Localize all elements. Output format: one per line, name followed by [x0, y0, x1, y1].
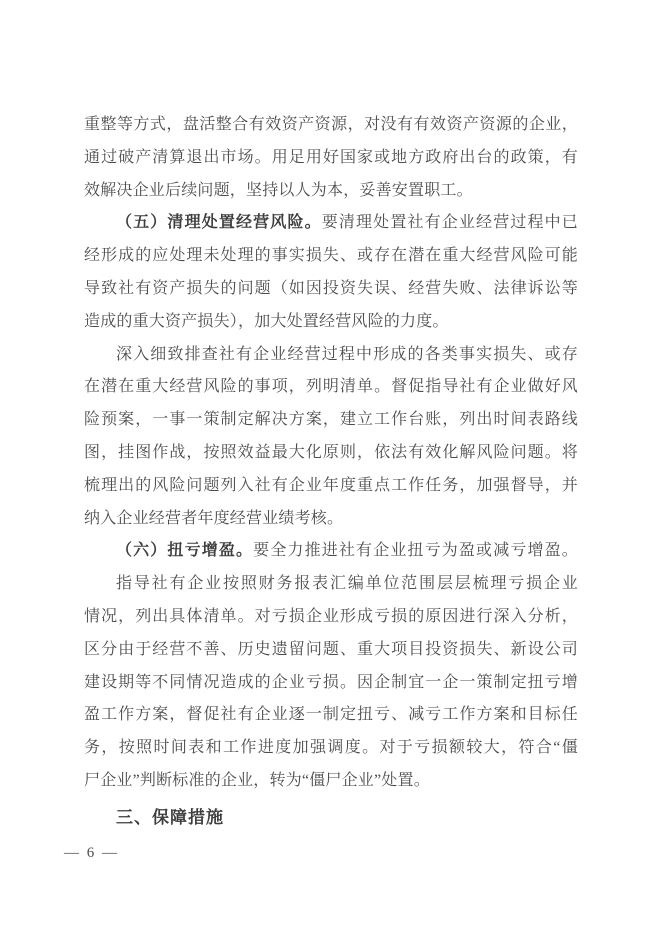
text-line: 重整等方式，盘活整合有效资产资源，对没有有效资产资源的企业，: [84, 109, 578, 142]
text-line: 导致社有资产损失的问题（如因投资失误、经营失败、法律诉讼等: [84, 273, 578, 306]
text-line: 务，按照时间表和工作进度加强调度。对于亏损额较大，符合“僵: [84, 732, 578, 765]
text-segment: 建设期等不同情况造成的企业亏损。因企制宜一企一策制定扭亏增: [84, 674, 578, 691]
text-segment: 导致社有资产损失的问题（如因投资失误、经营失败、法律诉讼等: [84, 280, 578, 297]
text-line: 区分由于经营不善、历史遗留问题、重大项目投资损失、新设公司: [84, 634, 578, 667]
document-page: 重整等方式，盘活整合有效资产资源，对没有有效资产资源的企业，通过破产清算退出市场…: [0, 0, 662, 936]
text-line: 盈工作方案，督促社有企业逐一制定扭亏、减亏工作方案和目标任: [84, 699, 578, 732]
text-line: （五）清理处置经营风险。要清理处置社有企业经营过程中已: [84, 207, 578, 240]
text-segment: 险预案，一事一策制定解决方案，建立工作台账，列出时间表路线: [84, 411, 578, 428]
text-segment: 情况，列出具体清单。对亏损企业形成亏损的原因进行深入分析，: [84, 608, 578, 625]
text-segment: 纳入企业经营者年度经营业绩考核。: [84, 510, 343, 527]
text-line: 图，挂图作战，按照效益最大化原则，依法有效化解风险问题。将: [84, 437, 578, 470]
text-segment: 造成的重大资产损失），加大处置经营风险的力度。: [84, 313, 449, 330]
text-line: 指导社有企业按照财务报表汇编单位范围层层梳理亏损企业: [84, 568, 578, 601]
text-line: 建设期等不同情况造成的企业亏损。因企制宜一企一策制定扭亏增: [84, 667, 578, 700]
text-segment-bold: （六）扭亏增盈。: [116, 542, 253, 559]
text-line: （六）扭亏增盈。要全力推进社有企业扭亏为盈或减亏增盈。: [84, 535, 578, 568]
page-number: — 6 —: [64, 845, 119, 862]
document-text-block: 重整等方式，盘活整合有效资产资源，对没有有效资产资源的企业，通过破产清算退出市场…: [84, 109, 578, 835]
text-segment-bold: （五）清理处置经营风险。: [116, 214, 322, 231]
text-line: 造成的重大资产损失），加大处置经营风险的力度。: [84, 306, 578, 339]
text-segment: 要全力推进社有企业扭亏为盈或减亏增盈。: [253, 542, 578, 559]
text-segment-bold: 三、保障措施: [116, 808, 224, 827]
text-line: 情况，列出具体清单。对亏损企业形成亏损的原因进行深入分析，: [84, 601, 578, 634]
text-segment: 图，挂图作战，按照效益最大化原则，依法有效化解风险问题。将: [84, 444, 578, 461]
section-heading: 三、保障措施: [84, 802, 578, 835]
text-segment: 指导社有企业按照财务报表汇编单位范围层层梳理亏损企业: [116, 575, 578, 592]
text-line: 尸企业”判断标准的企业，转为“僵尸企业”处置。: [84, 765, 578, 798]
text-segment: 要清理处置社有企业经营过程中已: [322, 214, 578, 231]
text-segment: 经形成的应处理未处理的事实损失、或存在潜在重大经营风险可能: [84, 247, 578, 264]
text-line: 在潜在重大经营风险的事项，列明清单。督促指导社有企业做好风: [84, 371, 578, 404]
text-segment: 区分由于经营不善、历史遗留问题、重大项目投资损失、新设公司: [84, 641, 578, 658]
text-line: 险预案，一事一策制定解决方案，建立工作台账，列出时间表路线: [84, 404, 578, 437]
text-segment: 梳理出的风险问题列入社有企业年度重点工作任务，加强督导，并: [84, 477, 578, 494]
text-line: 效解决企业后续问题，坚持以人为本，妥善安置职工。: [84, 175, 578, 208]
text-segment: 重整等方式，盘活整合有效资产资源，对没有有效资产资源的企业，: [84, 116, 578, 133]
text-segment: 效解决企业后续问题，坚持以人为本，妥善安置职工。: [84, 182, 473, 199]
text-line: 深入细致排查社有企业经营过程中形成的各类事实损失、或存: [84, 339, 578, 372]
text-segment: 通过破产清算退出市场。用足用好国家或地方政府出台的政策，有: [84, 149, 578, 166]
text-segment: 盈工作方案，督促社有企业逐一制定扭亏、减亏工作方案和目标任: [84, 706, 578, 723]
text-segment: 尸企业”判断标准的企业，转为“僵尸企业”处置。: [84, 772, 430, 789]
text-segment: 深入细致排查社有企业经营过程中形成的各类事实损失、或存: [116, 346, 578, 363]
text-segment: 在潜在重大经营风险的事项，列明清单。督促指导社有企业做好风: [84, 378, 578, 395]
text-line: 通过破产清算退出市场。用足用好国家或地方政府出台的政策，有: [84, 142, 578, 175]
text-line: 梳理出的风险问题列入社有企业年度重点工作任务，加强督导，并: [84, 470, 578, 503]
text-line: 纳入企业经营者年度经营业绩考核。: [84, 503, 578, 536]
text-segment: 务，按照时间表和工作进度加强调度。对于亏损额较大，符合“僵: [84, 739, 578, 756]
text-line: 经形成的应处理未处理的事实损失、或存在潜在重大经营风险可能: [84, 240, 578, 273]
